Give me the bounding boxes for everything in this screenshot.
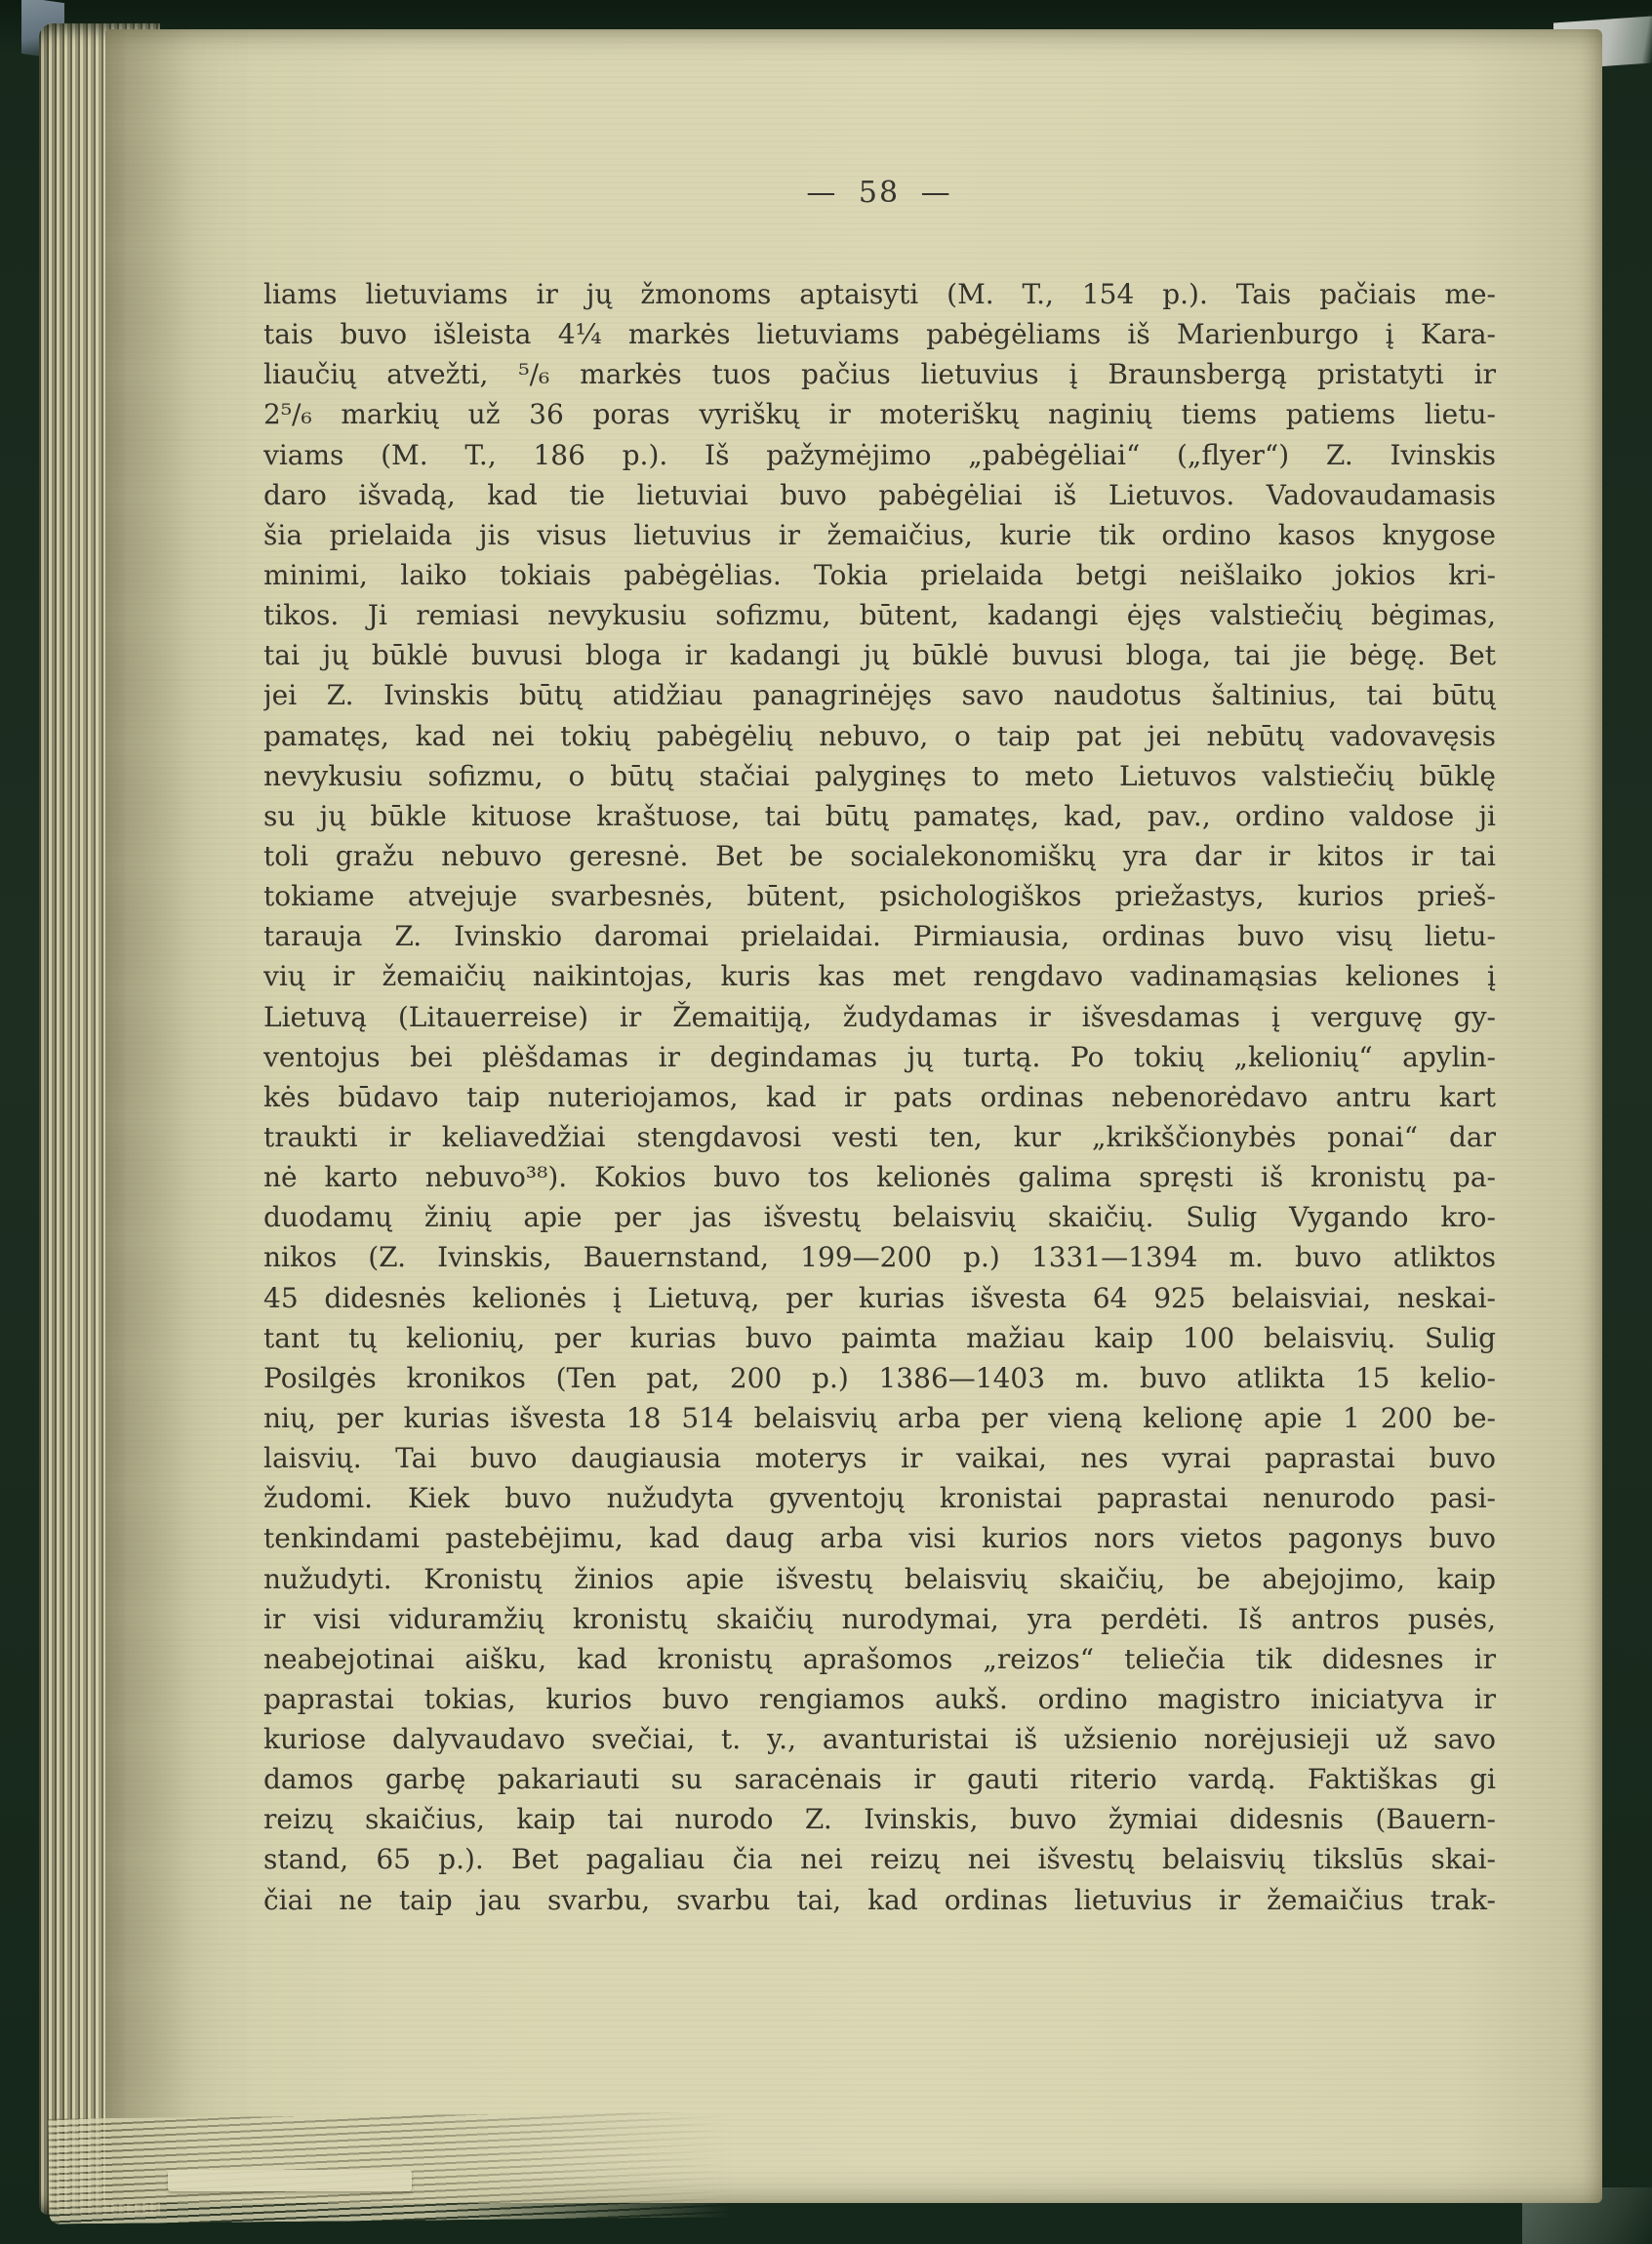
text-line: jei Z. Ivinskis būtų atidžiau panagrinėj…	[263, 675, 1496, 715]
text-line: ventojus bei plėšdamas ir degindamas jų …	[263, 1037, 1496, 1077]
text-line: 2⁵/₆ markių už 36 poras vyriškų ir moter…	[263, 394, 1496, 434]
text-line: tikos. Ji remiasi nevykusiu sofizmu, būt…	[263, 595, 1496, 635]
text-line: tais buvo išleista 4¼ markės lietuviams …	[263, 314, 1496, 354]
text-line: liaučių atvežti, ⁵/₆ markės tuos pačius …	[263, 354, 1496, 394]
text-line: toli gražu nebuvo geresnė. Bet be social…	[263, 836, 1496, 876]
text-line: pamatęs, kad nei tokių pabėgėlių nebuvo,…	[263, 716, 1496, 756]
text-line: vių ir žemaičių naikintojas, kuris kas m…	[263, 956, 1496, 996]
scanned-book-photo: — 58 — liams lietuviams ir jų žmonoms ap…	[0, 0, 1652, 2244]
text-line: žudomi. Kiek buvo nužudyta gyventojų kro…	[263, 1478, 1496, 1518]
text-line: nė karto nebuvo³⁸). Kokios buvo tos keli…	[263, 1157, 1496, 1197]
text-line: nevykusiu sofizmu, o būtų stačiai palygi…	[263, 756, 1496, 796]
text-line: nių, per kurias išvesta 18 514 belaisvių…	[263, 1398, 1496, 1438]
text-line: traukti ir keliavedžiai stengdavosi vest…	[263, 1117, 1496, 1157]
text-line: tokiame atvejuje svarbesnės, būtent, psi…	[263, 876, 1496, 916]
text-line: duodamų žinių apie per jas išvestų belai…	[263, 1197, 1496, 1237]
text-line: nužudyti. Kronistų žinios apie išvestų b…	[263, 1559, 1496, 1599]
text-line: tant tų kelionių, per kurias buvo paimta…	[263, 1318, 1496, 1358]
text-line: kuriose dalyvaudavo svečiai, t. y., avan…	[263, 1719, 1496, 1759]
text-line: stand, 65 p.). Bet pagaliau čia nei reiz…	[263, 1839, 1496, 1879]
text-line: neabejotinai aišku, kad kronistų aprašom…	[263, 1639, 1496, 1679]
page-number: — 58 —	[263, 176, 1495, 210]
text-line: šia prielaida jis visus lietuvius ir žem…	[263, 515, 1496, 555]
text-line: laisvių. Tai buvo daugiausia moterys ir …	[263, 1438, 1496, 1478]
text-line: čiai ne taip jau svarbu, svarbu tai, kad…	[263, 1880, 1496, 1920]
text-line: Posilgės kronikos (Ten pat, 200 p.) 1386…	[263, 1358, 1496, 1398]
book-bottom-page-edge-highlight	[168, 2170, 412, 2191]
text-line: tarauja Z. Ivinskio daromai prielaidai. …	[263, 916, 1496, 956]
text-line: su jų būkle kituose kraštuose, tai būtų …	[263, 796, 1496, 836]
text-line: damos garbę pakariauti su saracėnais ir …	[263, 1759, 1496, 1799]
text-line: Lietuvą (Litauerreise) ir Žemaitiją, žud…	[263, 997, 1496, 1037]
text-line: paprastai tokias, kurios buvo rengiamos …	[263, 1679, 1496, 1719]
book-bottom-page-edges	[48, 2111, 732, 2224]
text-line: daro išvadą, kad tie lietuviai buvo pabė…	[263, 475, 1496, 515]
text-line: kės būdavo taip nuteriojamos, kad ir pat…	[263, 1077, 1496, 1117]
text-line: 45 didesnės kelionės į Lietuvą, per kuri…	[263, 1278, 1496, 1318]
text-line: reizų skaičius, kaip tai nurodo Z. Ivins…	[263, 1799, 1496, 1839]
book-page: — 58 — liams lietuviams ir jų žmonoms ap…	[105, 29, 1602, 2203]
text-line: liams lietuviams ir jų žmonoms aptaisyti…	[263, 274, 1496, 314]
text-line: ir visi viduramžių kronistų skaičių nuro…	[263, 1599, 1496, 1639]
text-line: viams (M. T., 186 p.). Iš pažymėjimo „pa…	[263, 435, 1496, 475]
text-line: minimi, laiko tokiais pabėgėlias. Tokia …	[263, 555, 1496, 595]
body-text-paragraph: liams lietuviams ir jų žmonoms aptaisyti…	[263, 274, 1496, 1920]
text-line: tenkindami pastebėjimu, kad daug arba vi…	[263, 1518, 1496, 1558]
text-line: tai jų būklė buvusi bloga ir kadangi jų …	[263, 635, 1496, 675]
text-line: nikos (Z. Ivinskis, Bauernstand, 199—200…	[263, 1237, 1496, 1277]
